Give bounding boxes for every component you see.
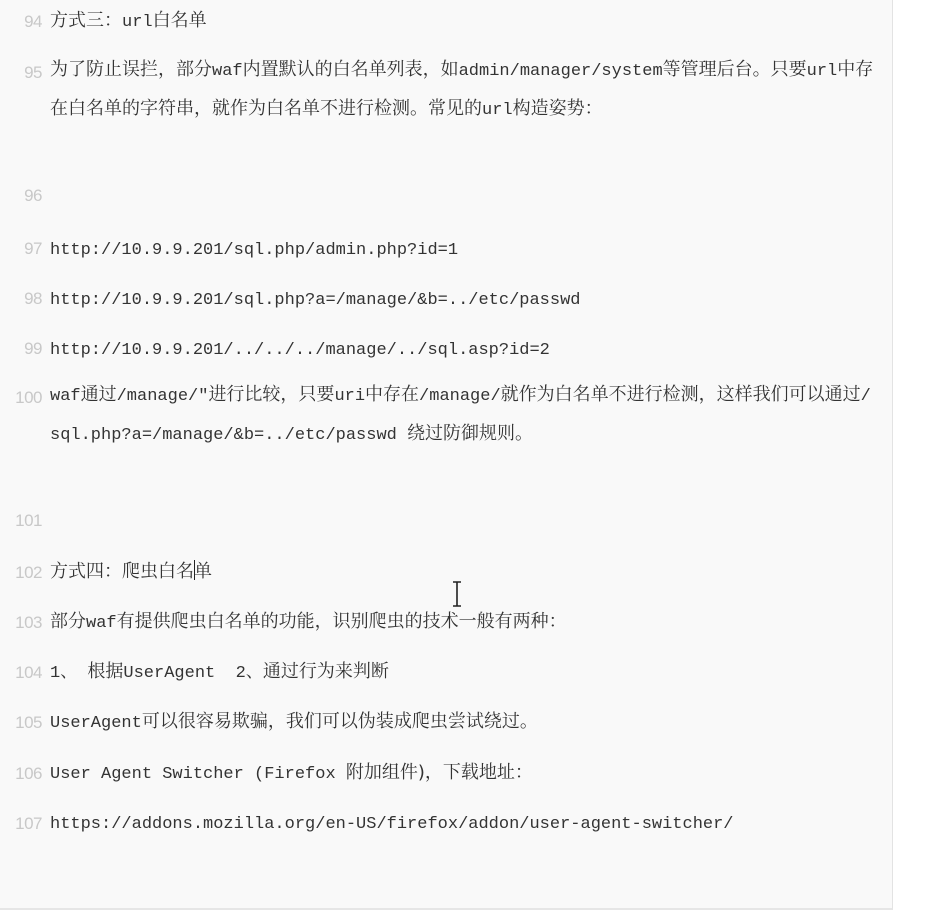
code-text: UserAgent 2、 (123, 664, 262, 683)
line-number: 103 (0, 610, 42, 636)
line-text[interactable]: User Agent Switcher (Firefox 附加组件)，下载地址： (50, 752, 880, 796)
line-number: 96 (0, 183, 42, 209)
line-number: 95 (0, 60, 42, 86)
text-segment: 可以很容易欺骗，我们可以伪装成爬虫尝试绕过。 (142, 711, 538, 732)
line-text[interactable]: https://addons.mozilla.org/en-US/firefox… (50, 803, 840, 845)
code-text: url (122, 13, 153, 32)
line-text[interactable]: http://10.9.9.201/sql.php/admin.php?id=1 (50, 228, 880, 272)
text-segment: 构造姿势： (513, 98, 603, 119)
line-number: 94 (0, 9, 42, 35)
line-text[interactable]: http://10.9.9.201/../../../manage/../sql… (50, 328, 880, 372)
line-number: 106 (0, 761, 42, 787)
line-number: 104 (0, 660, 42, 686)
code-text: url (807, 62, 838, 81)
code-text: User Agent Switcher (Firefox (50, 765, 346, 784)
text-segment: 中存在 (365, 384, 419, 405)
line-text[interactable]: UserAgent可以很容易欺骗，我们可以伪装成爬虫尝试绕过。 (50, 701, 880, 745)
text-segment: 根据 (87, 661, 123, 682)
code-text: waf (212, 62, 243, 81)
url-text: http://10.9.9.201/sql.php/admin.php?id=1 (50, 241, 458, 260)
line-number: 97 (0, 236, 42, 262)
text-segment: 为了防止误拦，部分 (50, 59, 212, 80)
line-number: 100 (0, 385, 42, 411)
text-segment: 等管理后台。只要 (663, 59, 807, 80)
text-segment: 部分 (50, 611, 86, 632)
code-text: admin/manager/system (459, 62, 663, 81)
heading-text: 单 (194, 561, 212, 582)
line-number: 105 (0, 710, 42, 736)
code-text: waf (50, 387, 81, 406)
text-segment: 通过行为来判断 (263, 661, 389, 682)
text-segment: 进行比较，只要 (208, 384, 334, 405)
line-text[interactable]: 部分waf有提供爬虫白名单的功能，识别爬虫的技术一般有两种： (50, 601, 880, 645)
text-editor[interactable]: 94 方式三：url白名单 95 为了防止误拦，部分waf内置默认的白名单列表，… (0, 0, 893, 910)
text-segment: 绕过防御规则。 (407, 423, 533, 444)
text-segment: 有提供爬虫白名单的功能，识别爬虫的技术一般有两种： (117, 611, 567, 632)
code-text: UserAgent (50, 714, 142, 733)
code-text: /manage/ (419, 387, 501, 406)
heading-text: 白名单 (153, 10, 207, 31)
code-text: uri (334, 387, 365, 406)
text-segment: 内置默认的白名单列表，如 (243, 59, 459, 80)
i-beam-cursor-icon (451, 581, 463, 607)
line-number: 99 (0, 336, 42, 362)
heading-text: 方式三： (50, 10, 122, 31)
text-segment: 附加组件)，下载地址： (346, 762, 533, 783)
line-text[interactable]: 为了防止误拦，部分waf内置默认的白名单列表，如admin/manager/sy… (50, 51, 880, 129)
text-segment: 通过 (81, 384, 117, 405)
code-text: url (482, 101, 513, 120)
line-number: 107 (0, 811, 42, 837)
line-number: 102 (0, 560, 42, 586)
line-text[interactable]: 方式三：url白名单 (50, 0, 880, 44)
heading-text: 方式四：爬虫白名 (50, 561, 194, 582)
code-text: waf (86, 614, 117, 633)
line-number: 98 (0, 286, 42, 312)
code-text: /manage/" (117, 387, 209, 406)
line-number: 101 (0, 508, 42, 534)
url-text: https://addons.mozilla.org/en-US/firefox… (50, 815, 734, 834)
line-text[interactable]: 1、 根据UserAgent 2、通过行为来判断 (50, 651, 880, 695)
line-text[interactable]: http://10.9.9.201/sql.php?a=/manage/&b=.… (50, 278, 880, 322)
line-text[interactable]: 方式四：爬虫白名单 (50, 551, 880, 593)
text-segment: 就作为白名单不进行检测，这样我们可以通过 (501, 384, 861, 405)
code-text: 1、 (50, 664, 87, 683)
line-text[interactable]: waf通过/manage/"进行比较，只要uri中存在/manage/就作为白名… (50, 376, 880, 454)
url-text: http://10.9.9.201/../../../manage/../sql… (50, 341, 550, 360)
url-text: http://10.9.9.201/sql.php?a=/manage/&b=.… (50, 291, 581, 310)
